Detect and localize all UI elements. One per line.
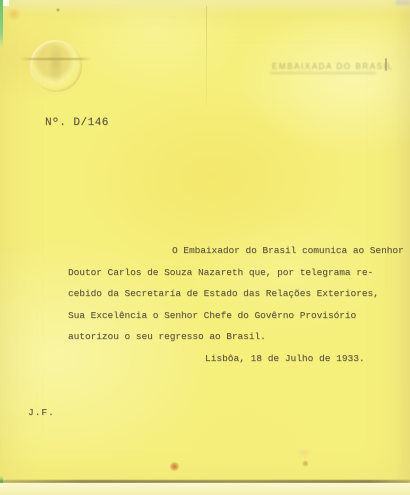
faded-header-stamp: EMBAIXADA DO BRASIL [272,62,392,71]
scan-bottom-strip [0,483,410,495]
stain-spot [302,460,309,467]
scan-edge-artifact [0,0,3,48]
stain-spot [6,8,22,20]
reference-number: Nº. D/146 [45,117,109,129]
stain-spot [295,448,313,458]
body-line: O Embaixador do Brasil comunica ao Senho… [68,240,398,262]
paper-crease [206,6,207,106]
seal-crest [48,44,64,84]
body-line: Doutor Carlos de Souza Nazareth que, por… [68,262,398,284]
embossed-coat-of-arms-seal-icon [24,34,88,98]
letter-body: O Embaixador do Brasil comunica ao Senho… [68,240,398,348]
typist-initials: J.F. [28,407,55,418]
date-line: Lisbôa, 18 de Julho de 1933. [205,353,365,364]
scanned-letter-page: EMBAIXADA DO BRASIL Nº. D/146 O Embaixad… [0,0,410,495]
stain-spot [170,462,179,471]
stain-spot [56,8,60,12]
body-line: Sua Excelência o Senhor Chefe do Govêrno… [68,305,398,327]
body-line: autorizou o seu regresso ao Brasil. [68,326,398,348]
body-line: cebido da Secretaría de Estado das Relaç… [68,283,398,305]
stain-spot [385,58,387,71]
stamp-smear [270,72,376,74]
scan-corner-artifact [396,0,410,5]
